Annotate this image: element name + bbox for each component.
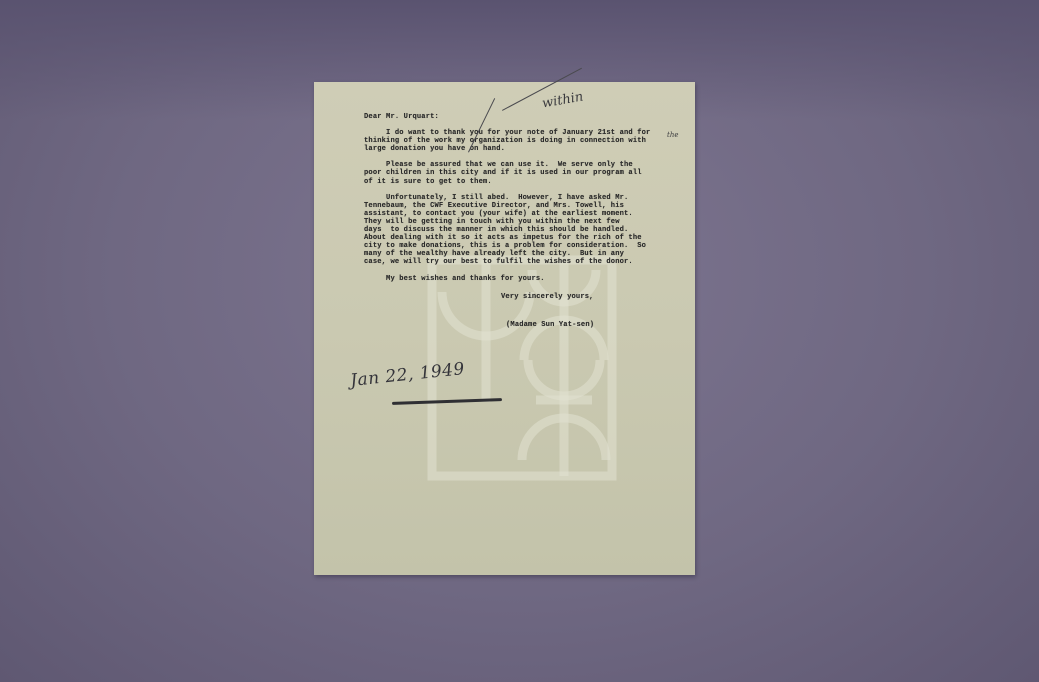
handwritten-margin-note: the: [667, 131, 678, 139]
paragraph-4: My best wishes and thanks for yours.: [364, 275, 664, 283]
salutation: Dear Mr. Urquart:: [364, 113, 664, 121]
handwritten-insertion: within: [541, 90, 584, 112]
date-underline: [392, 398, 502, 405]
handwritten-date: Jan 22, 1949: [349, 359, 465, 391]
signature: (Madame Sun Yat-sen): [364, 321, 664, 329]
paragraph-3: Unfortunately, I still abed. However, I …: [364, 194, 664, 267]
paragraph-1: I do want to thank you for your note of …: [364, 129, 664, 153]
letter-page: Dear Mr. Urquart: I do want to thank you…: [314, 82, 695, 575]
paragraph-2: Please be assured that we can use it. We…: [364, 161, 664, 185]
letter-body: Dear Mr. Urquart: I do want to thank you…: [364, 113, 664, 329]
closing: Very sincerely yours,: [364, 293, 664, 301]
